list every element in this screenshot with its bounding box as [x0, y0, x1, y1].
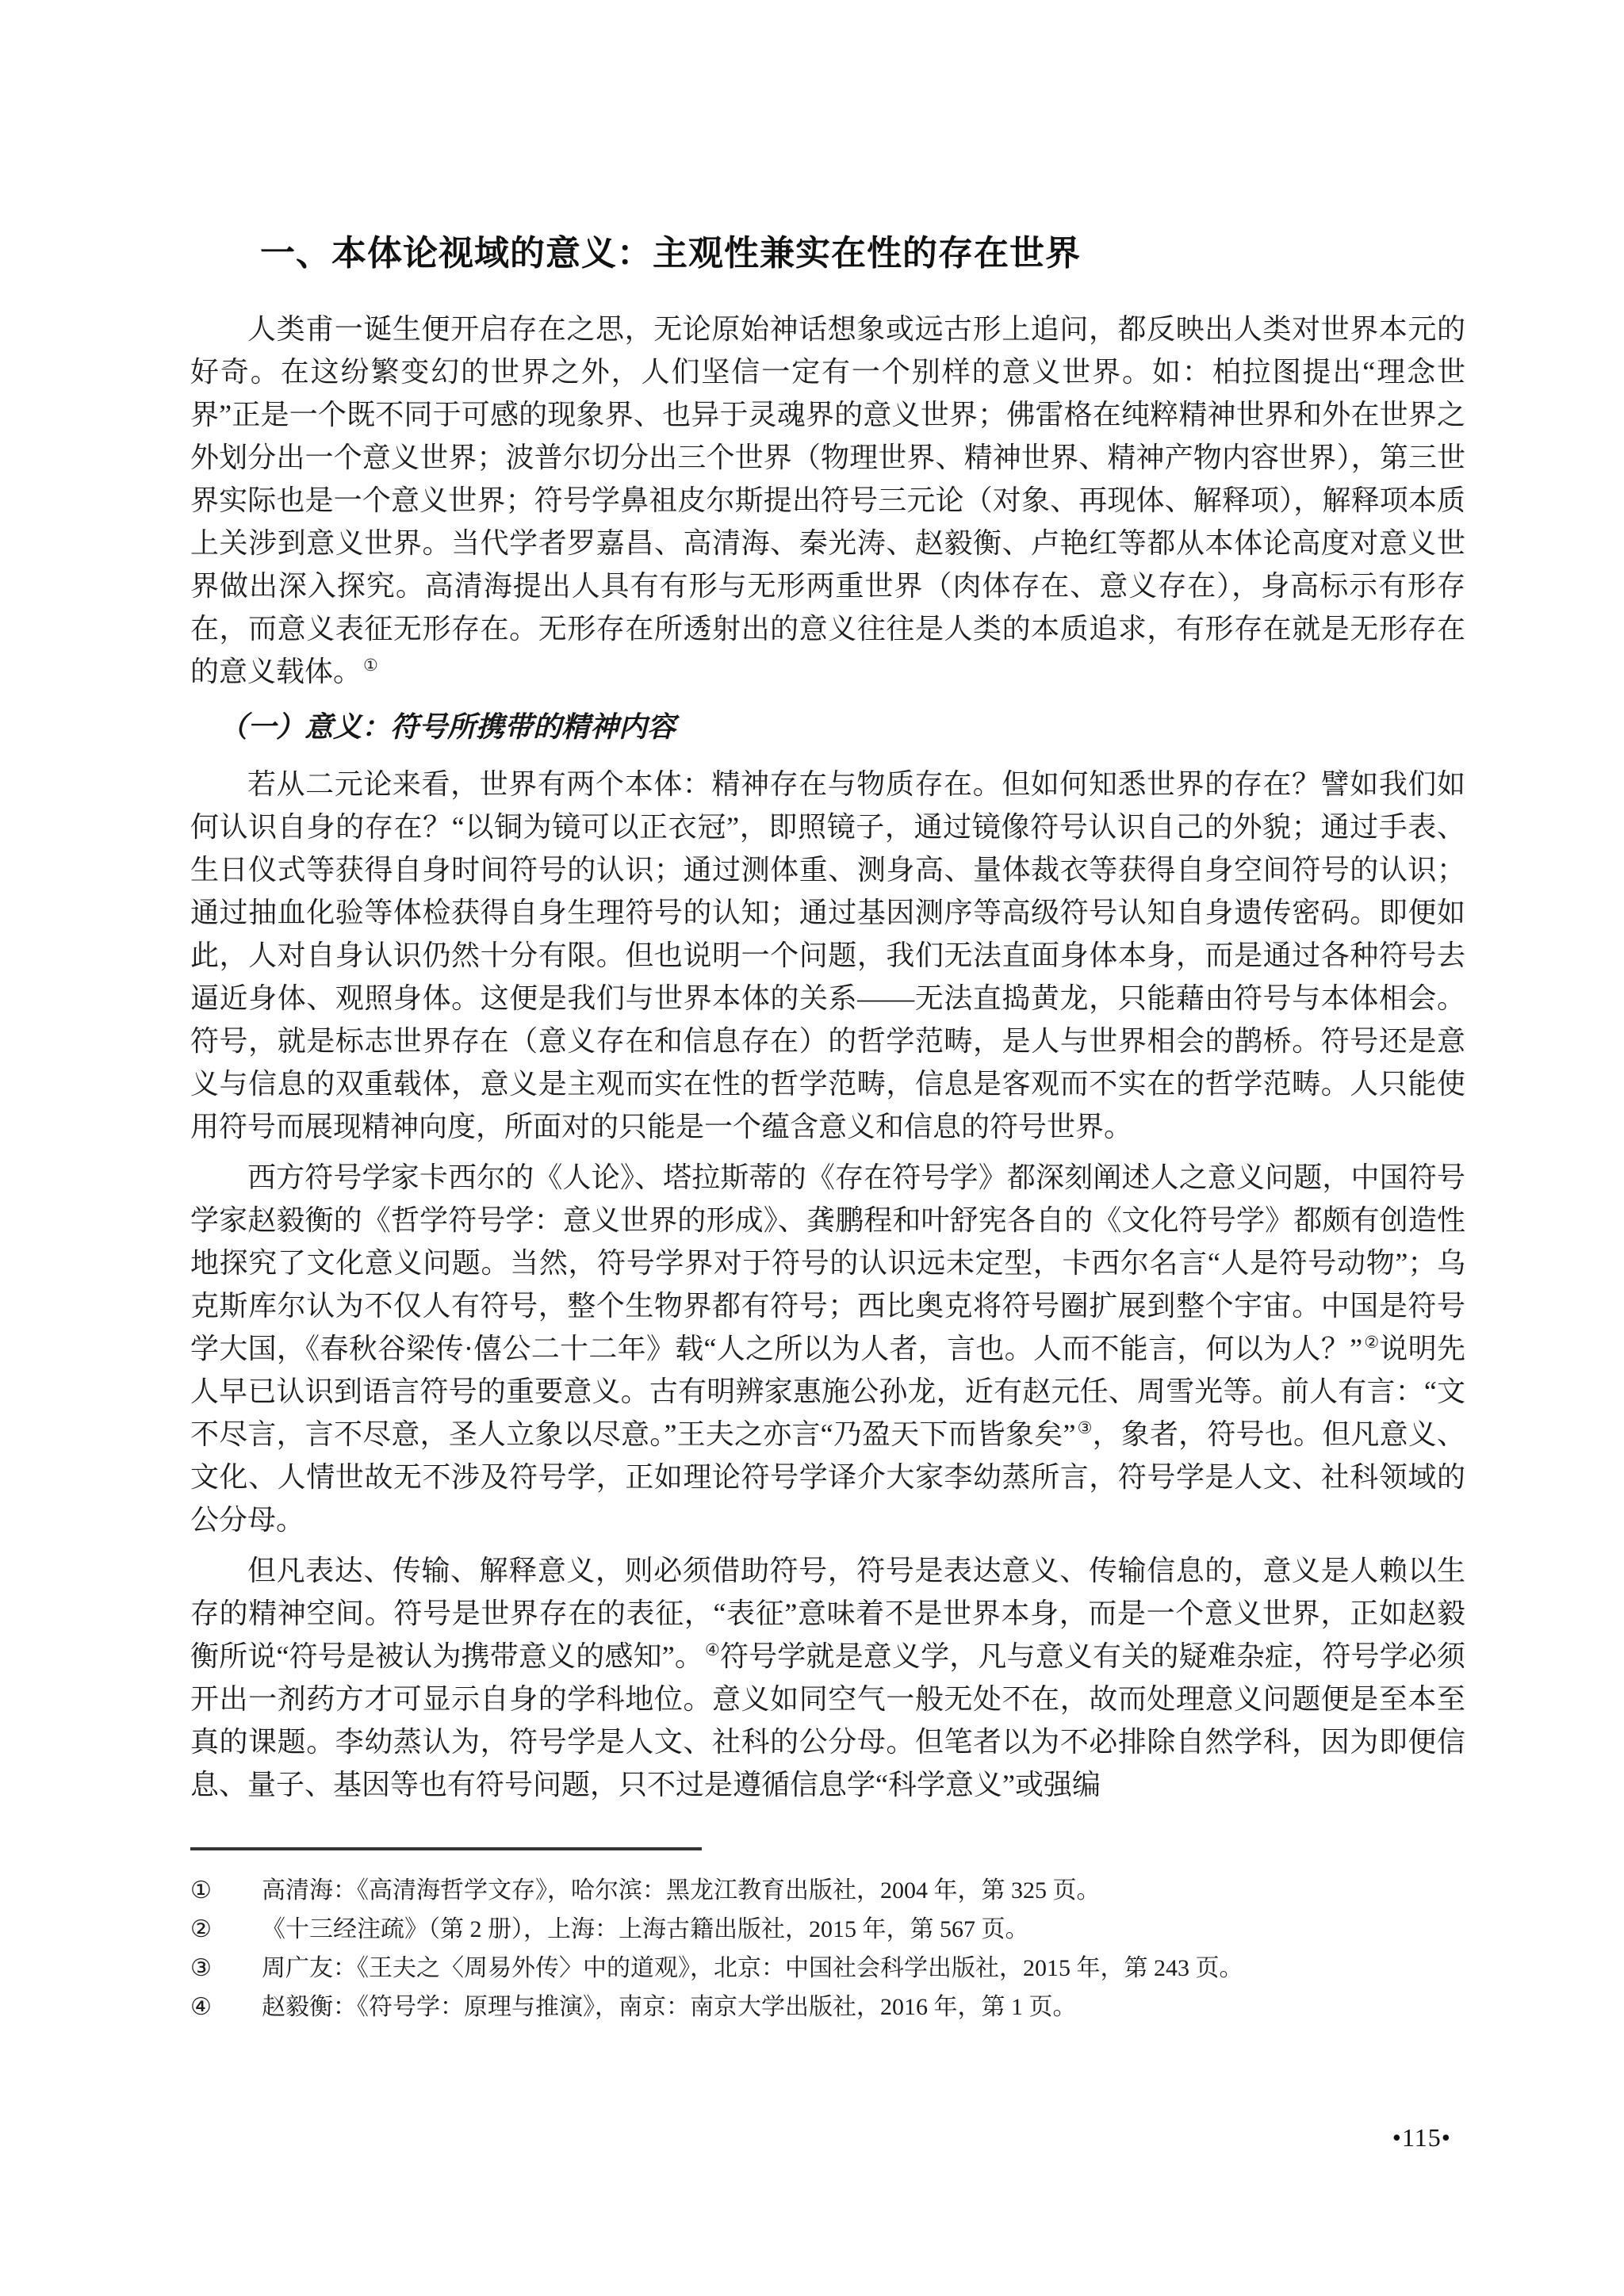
body-paragraphs: 人类甫一诞生便开启存在之思，无论原始神话想象或远古形上追问，都反映出人类对世界本…: [190, 308, 1465, 1806]
footnote-marker: ③: [190, 1949, 262, 1988]
footnote-marker: ①: [190, 1871, 262, 1910]
footnote-text: 赵毅衡：《符号学：原理与推演》，南京：南京大学出版社，2016 年，第 1 页。: [262, 1988, 1465, 2026]
footnote-reference: ③: [1077, 1418, 1092, 1437]
footnote-reference: ④: [705, 1640, 720, 1659]
footnote-item: ②《十三经注疏》（第 2 册），上海：上海古籍出版社，2015 年，第 567 …: [190, 1910, 1465, 1949]
footnote-item: ④赵毅衡：《符号学：原理与推演》，南京：南京大学出版社，2016 年，第 1 页…: [190, 1988, 1465, 2026]
footnotes: ①高清海：《高清海哲学文存》，哈尔滨：黑龙江教育出版社，2004 年，第 325…: [190, 1871, 1465, 2026]
footnote-marker: ④: [190, 1988, 262, 2026]
subsection-heading: （一）意义：符号所携带的精神内容: [190, 706, 1465, 748]
text-column: 一、本体论视域的意义：主观性兼实在性的存在世界 人类甫一诞生便开启存在之思，无论…: [190, 232, 1465, 2026]
section-heading: 一、本体论视域的意义：主观性兼实在性的存在世界: [190, 232, 1465, 276]
footnote-text: 《十三经注疏》（第 2 册），上海：上海古籍出版社，2015 年，第 567 页…: [262, 1910, 1465, 1949]
footnote-separator: [190, 1847, 702, 1850]
body-paragraph: 人类甫一诞生便开启存在之思，无论原始神话想象或远古形上追问，都反映出人类对世界本…: [190, 308, 1465, 693]
footnote-item: ③周广友：《王夫之〈周易外传〉中的道观》，北京：中国社会科学出版社，2015 年…: [190, 1949, 1465, 1988]
footnote-reference: ②: [1364, 1333, 1379, 1352]
footnote-reference: ①: [363, 656, 378, 675]
footnote-item: ①高清海：《高清海哲学文存》，哈尔滨：黑龙江教育出版社，2004 年，第 325…: [190, 1871, 1465, 1910]
body-paragraph: 但凡表达、传输、解释意义，则必须借助符号，符号是表达意义、传输信息的，意义是人赖…: [190, 1549, 1465, 1806]
page-number: •115•: [1392, 2123, 1451, 2152]
document-page: 一、本体论视域的意义：主观性兼实在性的存在世界 人类甫一诞生便开启存在之思，无论…: [0, 0, 1624, 2296]
footnote-text: 高清海：《高清海哲学文存》，哈尔滨：黑龙江教育出版社，2004 年，第 325 …: [262, 1871, 1465, 1910]
body-paragraph: 西方符号学家卡西尔的《人论》、塔拉斯蒂的《存在符号学》都深刻阐述人之意义问题，中…: [190, 1156, 1465, 1541]
footnote-marker: ②: [190, 1910, 262, 1949]
body-paragraph: 若从二元论来看，世界有两个本体：精神存在与物质存在。但如何知悉世界的存在？譬如我…: [190, 763, 1465, 1148]
footnote-text: 周广友：《王夫之〈周易外传〉中的道观》，北京：中国社会科学出版社，2015 年，…: [262, 1949, 1465, 1988]
